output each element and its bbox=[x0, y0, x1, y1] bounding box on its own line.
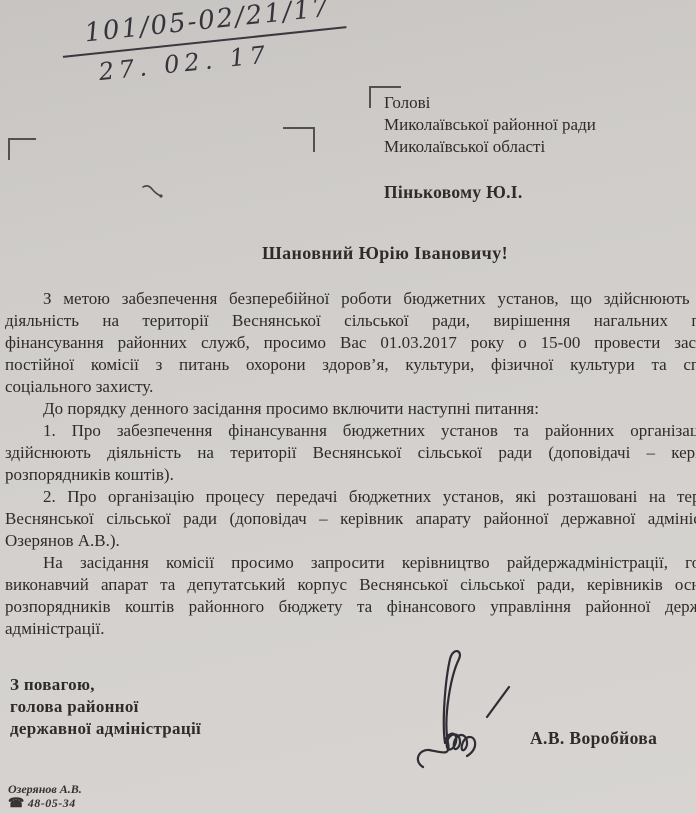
addressee-title: Голові bbox=[384, 92, 596, 114]
corner-mark-right bbox=[283, 127, 315, 152]
body-line: На засідання комісії просимо запросити к… bbox=[5, 552, 696, 574]
signoff-title-1: голова районної bbox=[10, 696, 201, 718]
addressee-org: Миколаївської районної ради bbox=[384, 114, 596, 136]
executor-name: Озерянов А.В. bbox=[8, 782, 82, 796]
body-line: діяльність на території Веснянської сіль… bbox=[5, 310, 696, 332]
signoff-block: З повагою, голова районної державної адм… bbox=[10, 674, 201, 740]
body-line: 2. Про організацію процесу передачі бюдж… bbox=[5, 486, 696, 508]
executor-footer: Озерянов А.В. ☎48-05-34 bbox=[8, 782, 82, 810]
body-line: виконавчий апарат та депутатський корпус… bbox=[5, 574, 696, 596]
addressee-region: Миколаївської області bbox=[384, 136, 596, 158]
body-line: Озерянов А.В.). bbox=[5, 530, 696, 552]
body-line: постійної комісії з питань охорони здоро… bbox=[5, 354, 696, 376]
phone-icon: ☎ bbox=[8, 795, 25, 810]
body-line: До порядку денного засідання просимо вкл… bbox=[5, 398, 696, 420]
corner-mark-left bbox=[8, 138, 36, 160]
body-line: 1. Про забезпечення фінансування бюджетн… bbox=[5, 420, 696, 442]
addressee-name: Піньковому Ю.І. bbox=[384, 182, 523, 203]
body-line: здійснюють діяльність на території Весня… bbox=[5, 442, 696, 464]
body-line: З метою забезпечення безперебійної робот… bbox=[5, 288, 696, 310]
executor-phone-row: ☎48-05-34 bbox=[8, 796, 82, 810]
body-line: фінансування районних служб, просимо Вас… bbox=[5, 332, 696, 354]
handwritten-registration-stamp: 101/05-02/21/17 27. 02. 17 bbox=[59, 0, 350, 90]
body-line: розпорядників коштів районного бюджету т… bbox=[5, 596, 696, 618]
salutation: Шановний Юрію Івановичу! bbox=[0, 243, 696, 264]
body-line: розпорядників коштів). bbox=[5, 464, 696, 486]
signature bbox=[415, 645, 530, 785]
scanned-letter-page: 101/05-02/21/17 27. 02. 17 Голові Микола… bbox=[0, 0, 696, 814]
addressee-block: Голові Миколаївської районної ради Микол… bbox=[384, 92, 596, 158]
body-line: Веснянської сільської ради (доповідач – … bbox=[5, 508, 696, 530]
signoff-title-2: державної адміністрації bbox=[10, 718, 201, 740]
body-line: соціального захисту. bbox=[5, 376, 696, 398]
ink-blot bbox=[140, 184, 166, 205]
signer-name: А.В. Воробйова bbox=[530, 728, 657, 749]
letter-body: З метою забезпечення безперебійної робот… bbox=[5, 288, 696, 640]
signoff-regards: З повагою, bbox=[10, 674, 201, 696]
body-line: адміністрації. bbox=[5, 618, 696, 640]
executor-phone: 48-05-34 bbox=[28, 796, 76, 810]
